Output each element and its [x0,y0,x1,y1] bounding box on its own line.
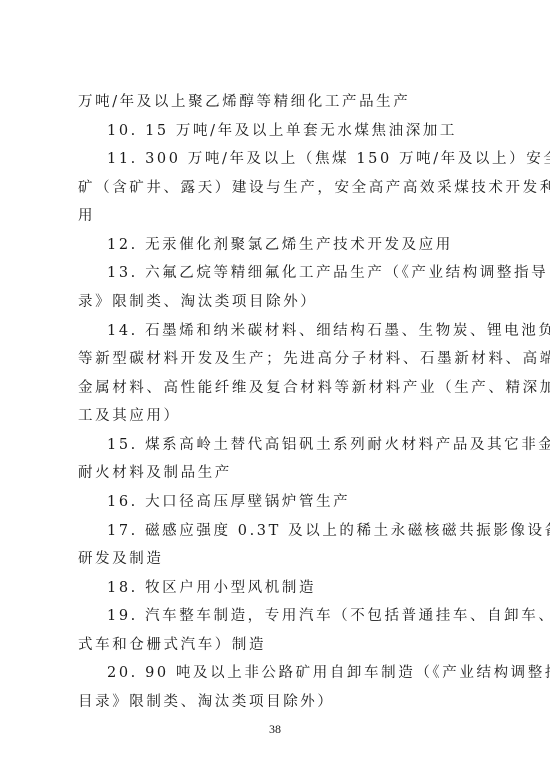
text-line: 研发及制造 [78,549,164,569]
text-line: 18. 牧区户用小型风机制造 [107,578,316,598]
text-line: 20. 90 吨及以上非公路矿用自卸车制造（《产业结构调整指导 [107,663,550,683]
text-line: 15. 煤系高岭土替代高铝矾土系列耐火材料产品及其它非金属 [107,435,550,455]
text-line: 12. 无汞催化剂聚氯乙烯生产技术开发及应用 [107,235,453,255]
text-line: 10. 15 万吨/年及以上单套无水煤焦油深加工 [107,121,457,141]
text-line: 耐火材料及制品生产 [78,463,232,483]
text-line: 矿（含矿井、露天）建设与生产，安全高产高效采煤技术开发利 [78,178,550,198]
text-line: 目录》限制类、淘汰类项目除外） [78,692,335,712]
text-line: 13. 六氟乙烷等精细氟化工产品生产（《产业结构调整指导目 [107,263,550,283]
text-line: 用 [78,206,95,226]
text-line: 录》限制类、淘汰类项目除外） [78,292,317,312]
text-line: 等新型碳材料开发及生产；先进高分子材料、石墨新材料、高端 [78,349,550,369]
text-line: 11. 300 万吨/年及以上（焦煤 150 万吨/年及以上）安全高效煤 [107,149,550,169]
text-line: 万吨/年及以上聚乙烯醇等精细化工产品生产 [78,92,410,112]
text-line: 17. 磁感应强度 0.3T 及以上的稀土永磁核磁共振影像设备的 [107,521,550,541]
text-line: 金属材料、高性能纤维及复合材料等新材料产业（生产、精深加 [78,378,550,398]
text-line: 19. 汽车整车制造，专用汽车（不包括普通挂车、自卸车、厢 [107,606,550,626]
page-number: 38 [0,722,550,737]
text-line: 16. 大口径高压厚壁锅炉管生产 [107,492,350,512]
text-line: 式车和仓栅式汽车）制造 [78,635,266,655]
text-line: 14. 石墨烯和纳米碳材料、细结构石墨、生物炭、锂电池负极 [107,321,550,341]
text-line: 工及其应用） [78,406,181,426]
